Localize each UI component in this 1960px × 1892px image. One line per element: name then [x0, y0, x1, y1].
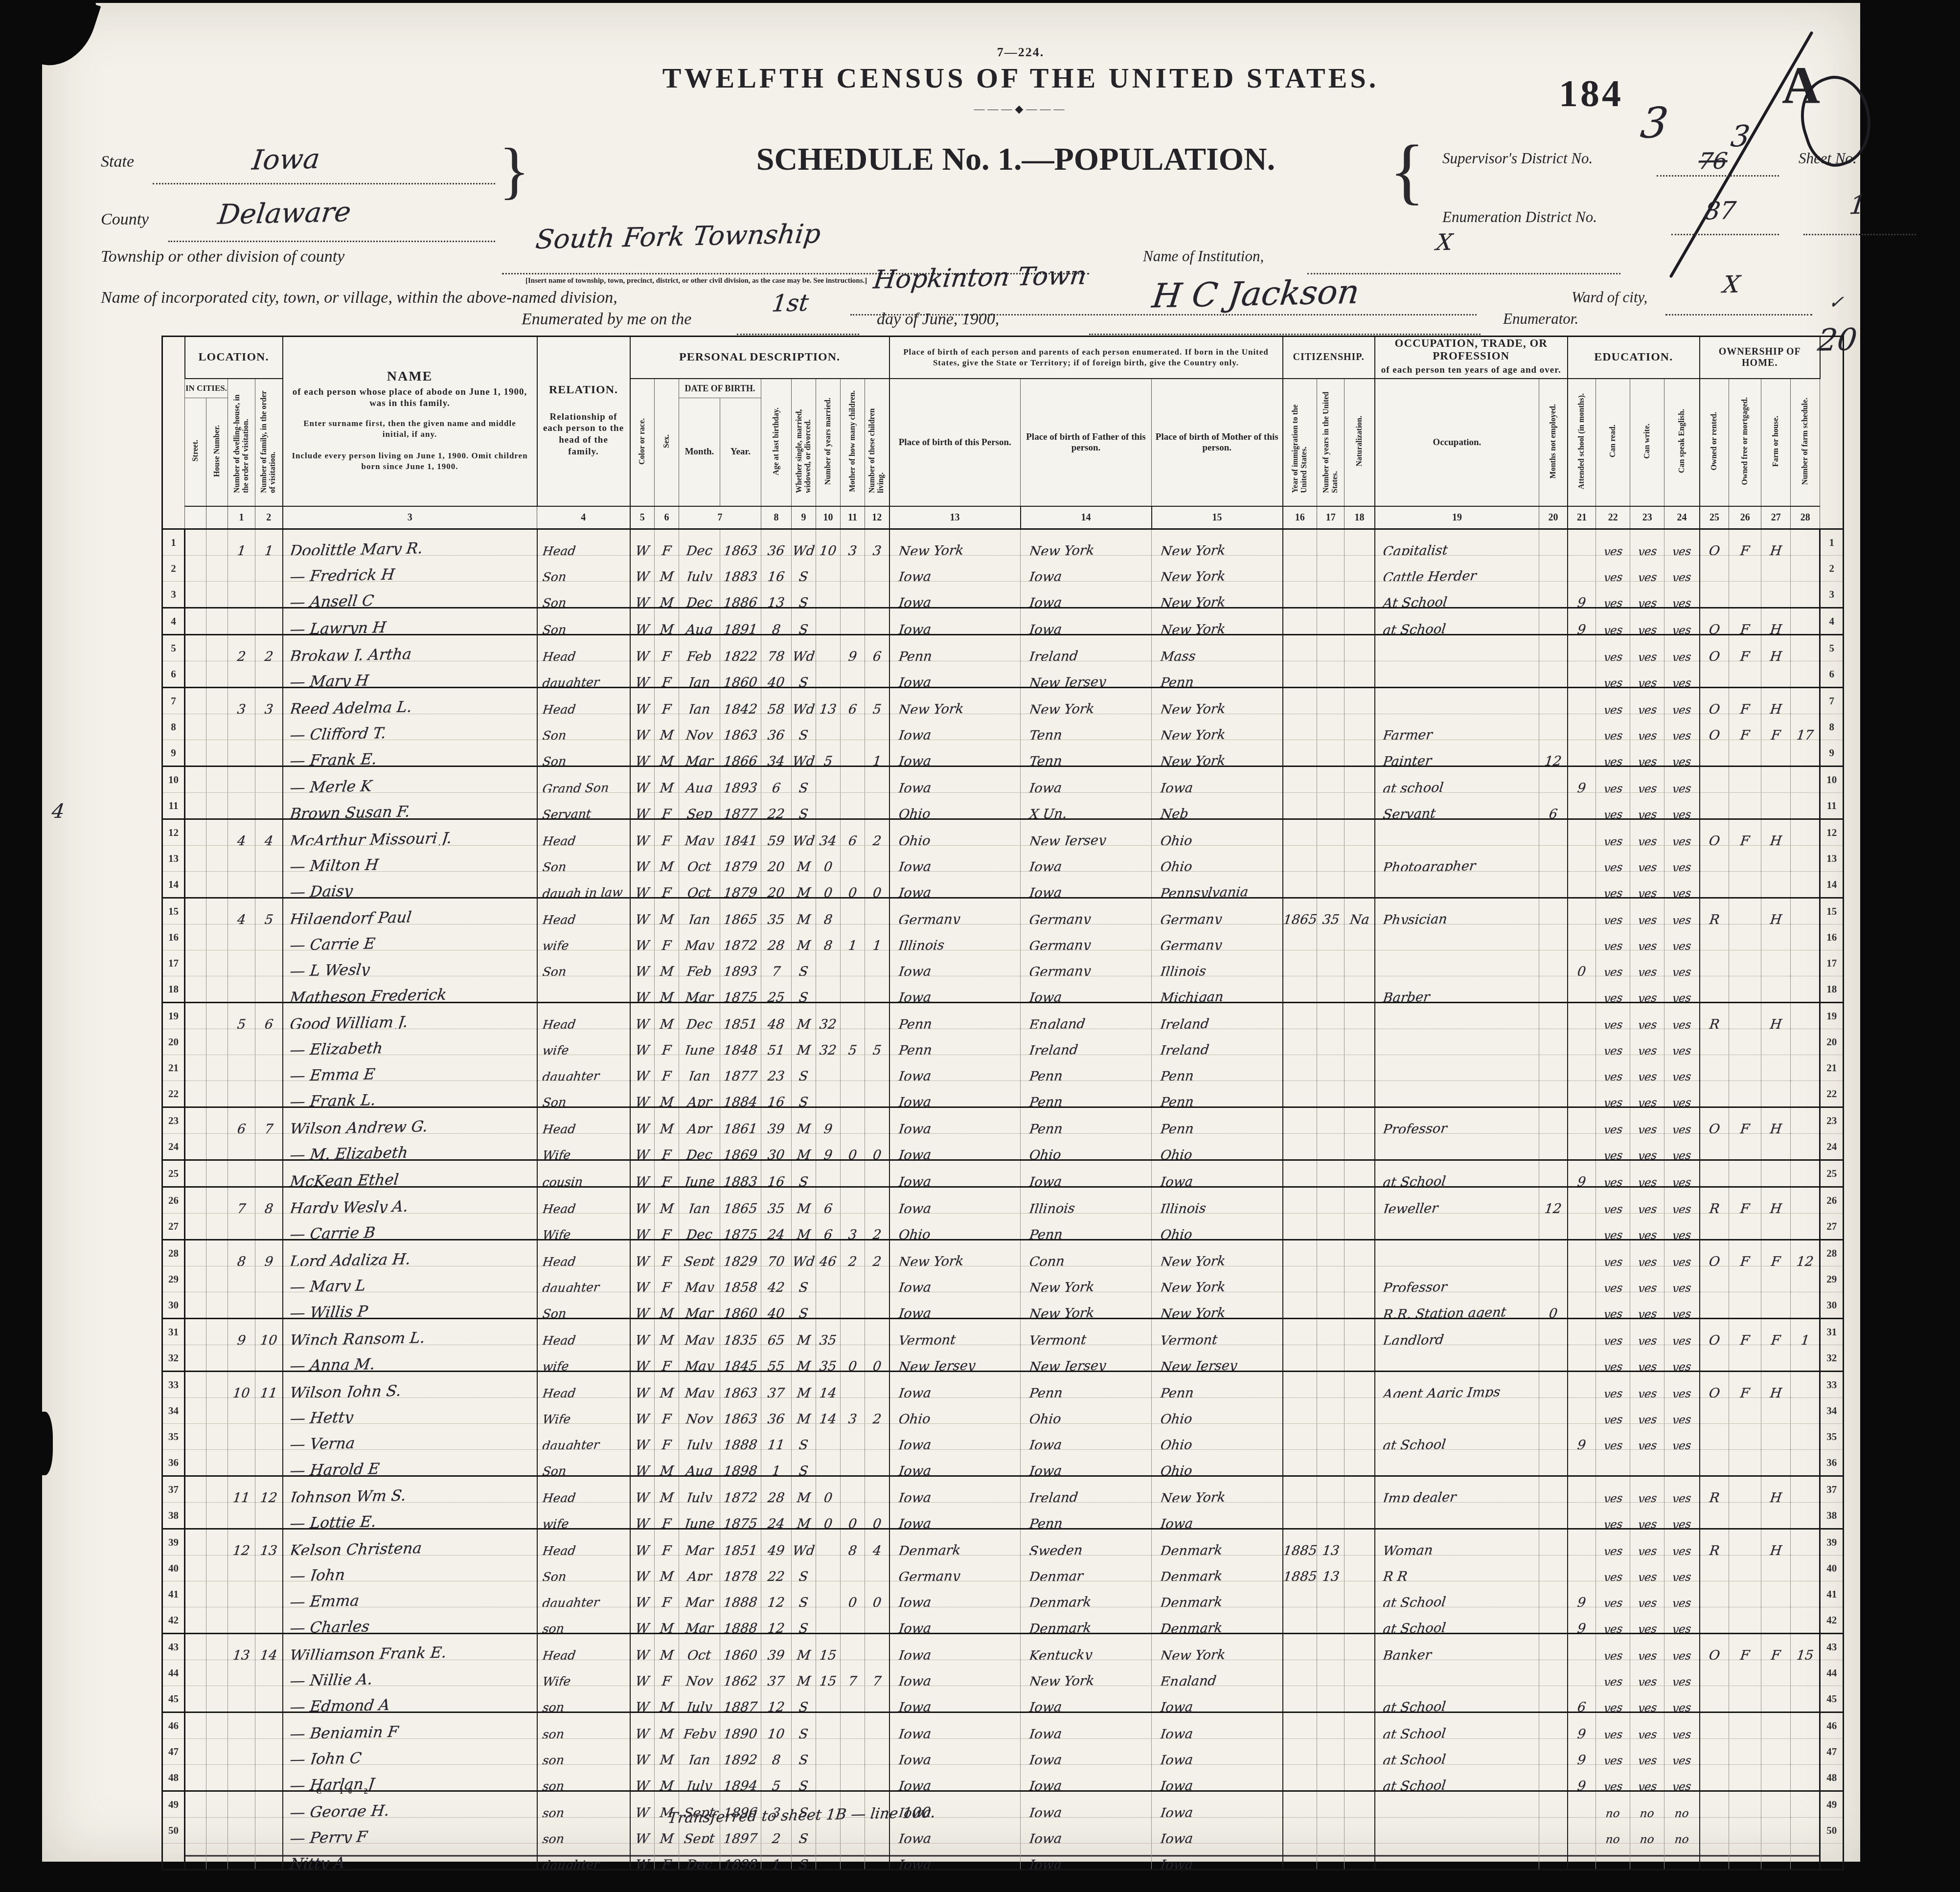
cell-ym: 0: [816, 1503, 841, 1529]
cell-wr: yes: [1630, 1739, 1664, 1765]
cell-age: 30: [761, 1134, 792, 1160]
cell-as: 0: [1568, 950, 1596, 976]
cell-d: [228, 1160, 255, 1187]
row-number-right: 46: [1820, 1712, 1844, 1739]
row-number-right: 11: [1820, 793, 1844, 819]
cell-im: [1283, 1581, 1317, 1607]
cell-im: [1283, 582, 1317, 608]
cell-wr: yes: [1630, 898, 1664, 924]
cell-yu: [1317, 1818, 1345, 1844]
enumerated-pre-label: Enumerated by me on the: [522, 310, 691, 329]
cell-d: [228, 1450, 255, 1476]
row-number-left: 42: [162, 1607, 185, 1634]
cell-yr: 1886: [720, 582, 761, 608]
cell-rd: yes: [1596, 1424, 1630, 1450]
cell-as: [1568, 1660, 1596, 1686]
cell-wr: yes: [1630, 608, 1664, 635]
cell-im: [1283, 1160, 1317, 1187]
cell-fm: F: [1729, 1240, 1761, 1266]
census-row: 34— HettyWifeWFNov186336M1432OhioOhioOhi…: [162, 1398, 1844, 1424]
cell-ch: [841, 1607, 865, 1634]
cell-street: [185, 1187, 206, 1214]
row-number-left: 3: [162, 582, 185, 608]
cell-pf: Iowa: [1021, 766, 1152, 793]
cell-street: [185, 1765, 206, 1791]
cell-pf: England: [1021, 1003, 1152, 1029]
cell-pb: Iowa: [889, 582, 1021, 608]
census-table: LOCATION. NAME of each person whose plac…: [161, 336, 1844, 1870]
cell-pb: Iowa: [889, 872, 1021, 898]
census-row: Nitty AdaughterWFDec18981SIowaIowaIowa: [162, 1844, 1844, 1870]
row-number-left: 37: [162, 1476, 185, 1503]
census-row: 2367Wilson Andrew G.HeadWMApr186139M9Iow…: [162, 1107, 1844, 1134]
cell-ym: 14: [816, 1398, 841, 1424]
relation-group-header: RELATION. Relationship of each person to…: [537, 337, 630, 507]
cell-en: yes: [1664, 1529, 1700, 1555]
cell-f: 13: [255, 1529, 283, 1555]
cell-house: [206, 1187, 228, 1214]
census-row: 9— Frank E.SonWMMar186634Wd51IowaTennNew…: [162, 740, 1844, 766]
cell-wr: yes: [1630, 661, 1664, 688]
cell-rd: yes: [1596, 1398, 1630, 1424]
cell-yr: 1879: [720, 846, 761, 872]
cell-age: 37: [761, 1660, 792, 1686]
cell-s: M: [655, 766, 679, 793]
cell-mo: July: [679, 556, 720, 582]
cell-fs: [1791, 1555, 1820, 1581]
cell-cl: [865, 1450, 889, 1476]
cell-na: [1345, 1160, 1375, 1187]
county-label: County: [101, 210, 149, 229]
cell-en: yes: [1664, 819, 1700, 846]
cell-house: [206, 556, 228, 582]
cell-im: [1283, 1791, 1317, 1818]
cell-fs: [1791, 793, 1820, 819]
cell-yu: [1317, 872, 1345, 898]
cell-na: [1345, 1003, 1375, 1029]
cell-pb: Germany: [889, 898, 1021, 924]
cell-house: [206, 1160, 228, 1187]
cell-f: [255, 872, 283, 898]
census-row: 18Matheson FrederickWMMar187525SIowaIowa…: [162, 976, 1844, 1003]
census-row: 331011Wilson John S.HeadWMMay186337M14Io…: [162, 1372, 1844, 1398]
cell-c: W: [630, 1003, 655, 1029]
row-number-left: 18: [162, 976, 185, 1003]
cell-na: [1345, 1029, 1375, 1055]
cell-pb: Iowa: [889, 950, 1021, 976]
cell-na: [1345, 608, 1375, 635]
cell-d: [228, 976, 255, 1003]
cell-as: [1568, 1240, 1596, 1266]
cell-wr: yes: [1630, 688, 1664, 714]
cell-fs: [1791, 1686, 1820, 1712]
cell-cl: [865, 1055, 889, 1081]
cell-yr: 1861: [720, 1107, 761, 1134]
cell-im: [1283, 661, 1317, 688]
col-age: Age at last birthday.: [761, 379, 792, 507]
census-row: 27— Carrie BWifeWFDec187524M632OhioPennO…: [162, 1214, 1844, 1240]
cell-yu: [1317, 1450, 1345, 1476]
cell-na: [1345, 635, 1375, 661]
cell-age: 12: [761, 1686, 792, 1712]
cell-rd: yes: [1596, 1134, 1630, 1160]
cell-ym: [816, 976, 841, 1003]
cell-pb: Vermont: [889, 1319, 1021, 1345]
cell-fs: [1791, 1398, 1820, 1424]
cell-fm: [1729, 872, 1761, 898]
cell-age: 6: [761, 766, 792, 793]
cell-age: 59: [761, 819, 792, 846]
cell-pb: Iowa: [889, 1292, 1021, 1319]
cell-as: [1568, 819, 1596, 846]
cell-f: 9: [255, 1240, 283, 1266]
cell-na: [1345, 1398, 1375, 1424]
cell-pf: Sweden: [1021, 1529, 1152, 1555]
cell-rd: yes: [1596, 1555, 1630, 1581]
cell-pf: Penn: [1021, 1372, 1152, 1398]
cell-en: yes: [1664, 1266, 1700, 1292]
cell-age: 37: [761, 1372, 792, 1398]
cell-house: [206, 1844, 228, 1870]
cell-d: 1: [228, 529, 255, 556]
name-note1: Enter surname first, then the given name…: [283, 416, 537, 442]
cell-mo: Mar: [679, 1529, 720, 1555]
margin-check-mark: ✓: [1828, 293, 1845, 313]
cell-ym: [816, 1450, 841, 1476]
col-house-number: House Number.: [206, 398, 228, 507]
cell-as: [1568, 529, 1596, 556]
cell-c: W: [630, 529, 655, 556]
cell-f: [255, 1791, 283, 1818]
census-row: 31910Winch Ransom L.HeadWMMay183565M35Ve…: [162, 1319, 1844, 1345]
cell-oc: at school: [1375, 766, 1539, 793]
cell-ch: [841, 1424, 865, 1450]
cell-cl: [865, 1187, 889, 1214]
cell-pb: Iowa: [889, 846, 1021, 872]
cell-cl: 2: [865, 1398, 889, 1424]
row-number-right: 30: [1820, 1292, 1844, 1319]
cell-as: [1568, 898, 1596, 924]
cell-mo: Nov: [679, 1660, 720, 1686]
cell-pb: Iowa: [889, 976, 1021, 1003]
cell-name: Winch Ransom L.: [283, 1319, 537, 1345]
cell-c: W: [630, 1345, 655, 1372]
cell-mn: [1539, 1240, 1568, 1266]
cell-en: yes: [1664, 1029, 1700, 1055]
row-number-right: 31: [1820, 1319, 1844, 1345]
cell-d: [228, 714, 255, 740]
cell-rd: yes: [1596, 1503, 1630, 1529]
cell-or: O: [1700, 688, 1729, 714]
cell-ym: [816, 608, 841, 635]
cell-wr: [1630, 1844, 1664, 1870]
cell-f: [255, 766, 283, 793]
cell-house: [206, 1765, 228, 1791]
cell-na: [1345, 1240, 1375, 1266]
name-group-header: NAME of each person whose place of abode…: [283, 337, 537, 507]
cell-ch: [841, 1003, 865, 1029]
cell-yu: [1317, 1739, 1345, 1765]
cell-rel: son: [537, 1791, 630, 1818]
cell-wr: yes: [1630, 1187, 1664, 1214]
cell-na: [1345, 688, 1375, 714]
cell-street: [185, 556, 206, 582]
cell-house: [206, 688, 228, 714]
cell-rel: Son: [537, 1292, 630, 1319]
cell-pm: Iowa: [1152, 1765, 1283, 1791]
row-number-left: 40: [162, 1555, 185, 1581]
cell-house: [206, 608, 228, 635]
margin-mark-4: 4: [50, 800, 66, 823]
cell-na: [1345, 1081, 1375, 1107]
cell-fh: [1761, 976, 1791, 1003]
cell-house: [206, 1345, 228, 1372]
cell-ch: [841, 950, 865, 976]
cell-c: W: [630, 924, 655, 950]
cell-yu: [1317, 608, 1345, 635]
cell-rd: yes: [1596, 1607, 1630, 1634]
cell-cl: 0: [865, 1581, 889, 1607]
cell-fm: [1729, 1292, 1761, 1319]
scan-artifact-blob: [33, 1412, 53, 1475]
cell-pm: England: [1152, 1660, 1283, 1686]
cell-im: [1283, 1319, 1317, 1345]
cell-ym: 6: [816, 1214, 841, 1240]
cell-yu: [1317, 1134, 1345, 1160]
cell-c: W: [630, 1081, 655, 1107]
cell-en: yes: [1664, 1319, 1700, 1345]
cell-or: [1700, 1607, 1729, 1634]
cell-street: [185, 635, 206, 661]
cell-rd: no: [1596, 1791, 1630, 1818]
cell-ch: [841, 1476, 865, 1503]
relation-desc: Relationship of each person to the head …: [538, 409, 630, 460]
cell-name: — M. Elizabeth: [283, 1134, 537, 1160]
cell-s: M: [655, 714, 679, 740]
cell-fs: [1791, 1003, 1820, 1029]
cell-ms: S: [792, 1844, 816, 1870]
cell-house: [206, 661, 228, 688]
cell-im: [1283, 1739, 1317, 1765]
cell-ym: [816, 1686, 841, 1712]
cell-or: [1700, 1581, 1729, 1607]
cell-street: [185, 1266, 206, 1292]
cell-wr: yes: [1630, 1503, 1664, 1529]
cell-fm: [1729, 1503, 1761, 1529]
cell-rel: Head: [537, 1372, 630, 1398]
cell-f: [255, 1660, 283, 1686]
cell-street: [185, 1003, 206, 1029]
cell-name: — Carrie B: [283, 1214, 537, 1240]
cell-en: no: [1664, 1791, 1700, 1818]
cell-im: [1283, 1292, 1317, 1319]
cell-age: 20: [761, 872, 792, 898]
cell-name: — Frank E.: [283, 740, 537, 766]
cell-na: [1345, 1660, 1375, 1686]
row-number-right: 35: [1820, 1424, 1844, 1450]
cell-rd: yes: [1596, 556, 1630, 582]
cell-name: Nitty A: [283, 1844, 537, 1870]
cell-d: [228, 1555, 255, 1581]
cell-street: [185, 1529, 206, 1555]
row-number-right: 14: [1820, 872, 1844, 898]
cell-as: 9: [1568, 1160, 1596, 1187]
cell-en: yes: [1664, 1476, 1700, 1503]
cell-rel: Grand Son: [537, 766, 630, 793]
cell-c: W: [630, 1739, 655, 1765]
cell-c: W: [630, 819, 655, 846]
cell-cl: [865, 1712, 889, 1739]
cell-ym: [816, 661, 841, 688]
row-number-right: 33: [1820, 1372, 1844, 1398]
row-number-right: 24: [1820, 1134, 1844, 1160]
cell-en: yes: [1664, 950, 1700, 976]
cell-en: yes: [1664, 1214, 1700, 1240]
census-row: 29— Mary LdaughterWFMay185842SIowaNew Yo…: [162, 1266, 1844, 1292]
cell-oc: [1375, 1029, 1539, 1055]
cell-pm: Vermont: [1152, 1319, 1283, 1345]
cell-age: 22: [761, 1555, 792, 1581]
cell-ms: Wd: [792, 635, 816, 661]
col-num-2: 2: [255, 506, 283, 529]
cell-rel: Son: [537, 714, 630, 740]
cell-d: [228, 1581, 255, 1607]
cell-street: [185, 898, 206, 924]
row-number-left: 23: [162, 1107, 185, 1134]
cell-pm: Ohio: [1152, 1450, 1283, 1476]
census-title: TWELFTH CENSUS OF THE UNITED STATES.: [541, 62, 1500, 94]
cell-wr: yes: [1630, 872, 1664, 898]
cell-d: [228, 872, 255, 898]
cell-ms: S: [792, 1739, 816, 1765]
cell-cl: [865, 1160, 889, 1187]
cell-pb: Iowa: [889, 740, 1021, 766]
cell-s: M: [655, 1765, 679, 1791]
cell-ym: [816, 1081, 841, 1107]
cell-mo: Dec: [679, 1844, 720, 1870]
cell-en: yes: [1664, 1712, 1700, 1739]
cell-mo: Apr: [679, 1555, 720, 1581]
cell-pb: Iowa: [889, 1581, 1021, 1607]
cell-yr: 1875: [720, 1503, 761, 1529]
cell-en: yes: [1664, 793, 1700, 819]
cell-ch: [841, 1686, 865, 1712]
cell-or: [1700, 1424, 1729, 1450]
cell-en: yes: [1664, 1372, 1700, 1398]
cell-fm: [1729, 1055, 1761, 1081]
cell-oc: Barber: [1375, 976, 1539, 1003]
cell-fh: [1761, 1292, 1791, 1319]
cell-rel: Head: [537, 688, 630, 714]
cell-age: 12: [761, 1607, 792, 1634]
cell-im: [1283, 556, 1317, 582]
cell-c: W: [630, 1581, 655, 1607]
cell-yr: 1875: [720, 1214, 761, 1240]
cell-house: [206, 924, 228, 950]
census-row: 10— Merle KGrand SonWMAug18936SIowaIowaI…: [162, 766, 1844, 793]
col-num-16: 16: [1283, 506, 1317, 529]
cell-name: Reed Adelma L.: [283, 688, 537, 714]
cell-c: W: [630, 608, 655, 635]
row-number-left: 2: [162, 556, 185, 582]
cell-na: [1345, 1107, 1375, 1134]
row-number-left: 21: [162, 1055, 185, 1081]
cell-pf: New Jersey: [1021, 819, 1152, 846]
cell-fh: [1761, 1581, 1791, 1607]
cell-im: [1283, 688, 1317, 714]
cell-ch: 0: [841, 1503, 865, 1529]
cell-mn: [1539, 1739, 1568, 1765]
cell-na: [1345, 714, 1375, 740]
cell-oc: [1375, 924, 1539, 950]
cell-mo: Mar: [679, 740, 720, 766]
cell-ms: M: [792, 1476, 816, 1503]
row-number-left: 44: [162, 1660, 185, 1686]
cell-pm: New York: [1152, 1476, 1283, 1503]
cell-ms: S: [792, 1424, 816, 1450]
cell-cl: [865, 1107, 889, 1134]
cell-f: [255, 1818, 283, 1844]
cell-d: [228, 1686, 255, 1712]
row-number-left: 27: [162, 1214, 185, 1240]
cell-ms: Wd: [792, 1240, 816, 1266]
cell-en: [1664, 1450, 1700, 1476]
cell-pf: New Jersey: [1021, 1345, 1152, 1372]
sheet-no-line: [1803, 234, 1916, 235]
row-number-right: 2: [1820, 556, 1844, 582]
row-number-right: 13: [1820, 846, 1844, 872]
cell-im: [1283, 608, 1317, 635]
cell-s: F: [655, 1160, 679, 1187]
cell-yu: [1317, 1503, 1345, 1529]
cell-rd: yes: [1596, 1107, 1630, 1134]
cell-rd: yes: [1596, 661, 1630, 688]
cell-yu: [1317, 1372, 1345, 1398]
ownership-group-header: OWNERSHIP OF HOME.: [1700, 337, 1820, 379]
col-num-3: 3: [283, 506, 537, 529]
cell-mo: Feb: [679, 635, 720, 661]
cell-s: F: [655, 1240, 679, 1266]
cell-f: [255, 1029, 283, 1055]
cell-d: 12: [228, 1529, 255, 1555]
cell-yu: [1317, 1266, 1345, 1292]
cell-house: [206, 1791, 228, 1818]
cell-yr: 1878: [720, 1555, 761, 1581]
cell-d: [228, 1398, 255, 1424]
cell-name: — Elizabeth: [283, 1029, 537, 1055]
cell-name: — Mary L: [283, 1266, 537, 1292]
cell-yr: 1888: [720, 1581, 761, 1607]
cell-en: yes: [1664, 766, 1700, 793]
cell-as: 9: [1568, 1739, 1596, 1765]
census-row: 431314Williamson Frank E.HeadWMOct186039…: [162, 1634, 1844, 1660]
cell-mn: [1539, 1003, 1568, 1029]
cell-street: [185, 1134, 206, 1160]
census-row: 4— Lawryn HSonWMAug18918SIowaIowaNew Yor…: [162, 608, 1844, 635]
cell-en: yes: [1664, 872, 1700, 898]
cell-f: [255, 924, 283, 950]
row-number-right: 5: [1820, 635, 1844, 661]
cell-ms: M: [792, 1134, 816, 1160]
cell-street: [185, 950, 206, 976]
cell-oc: Physician: [1375, 898, 1539, 924]
cell-oc: at School: [1375, 1739, 1539, 1765]
institution-label: Name of Institution,: [1143, 248, 1264, 265]
cell-fh: H: [1761, 1529, 1791, 1555]
cell-yu: [1317, 1160, 1345, 1187]
cell-ch: 7: [841, 1660, 865, 1686]
cell-na: [1345, 1844, 1375, 1870]
